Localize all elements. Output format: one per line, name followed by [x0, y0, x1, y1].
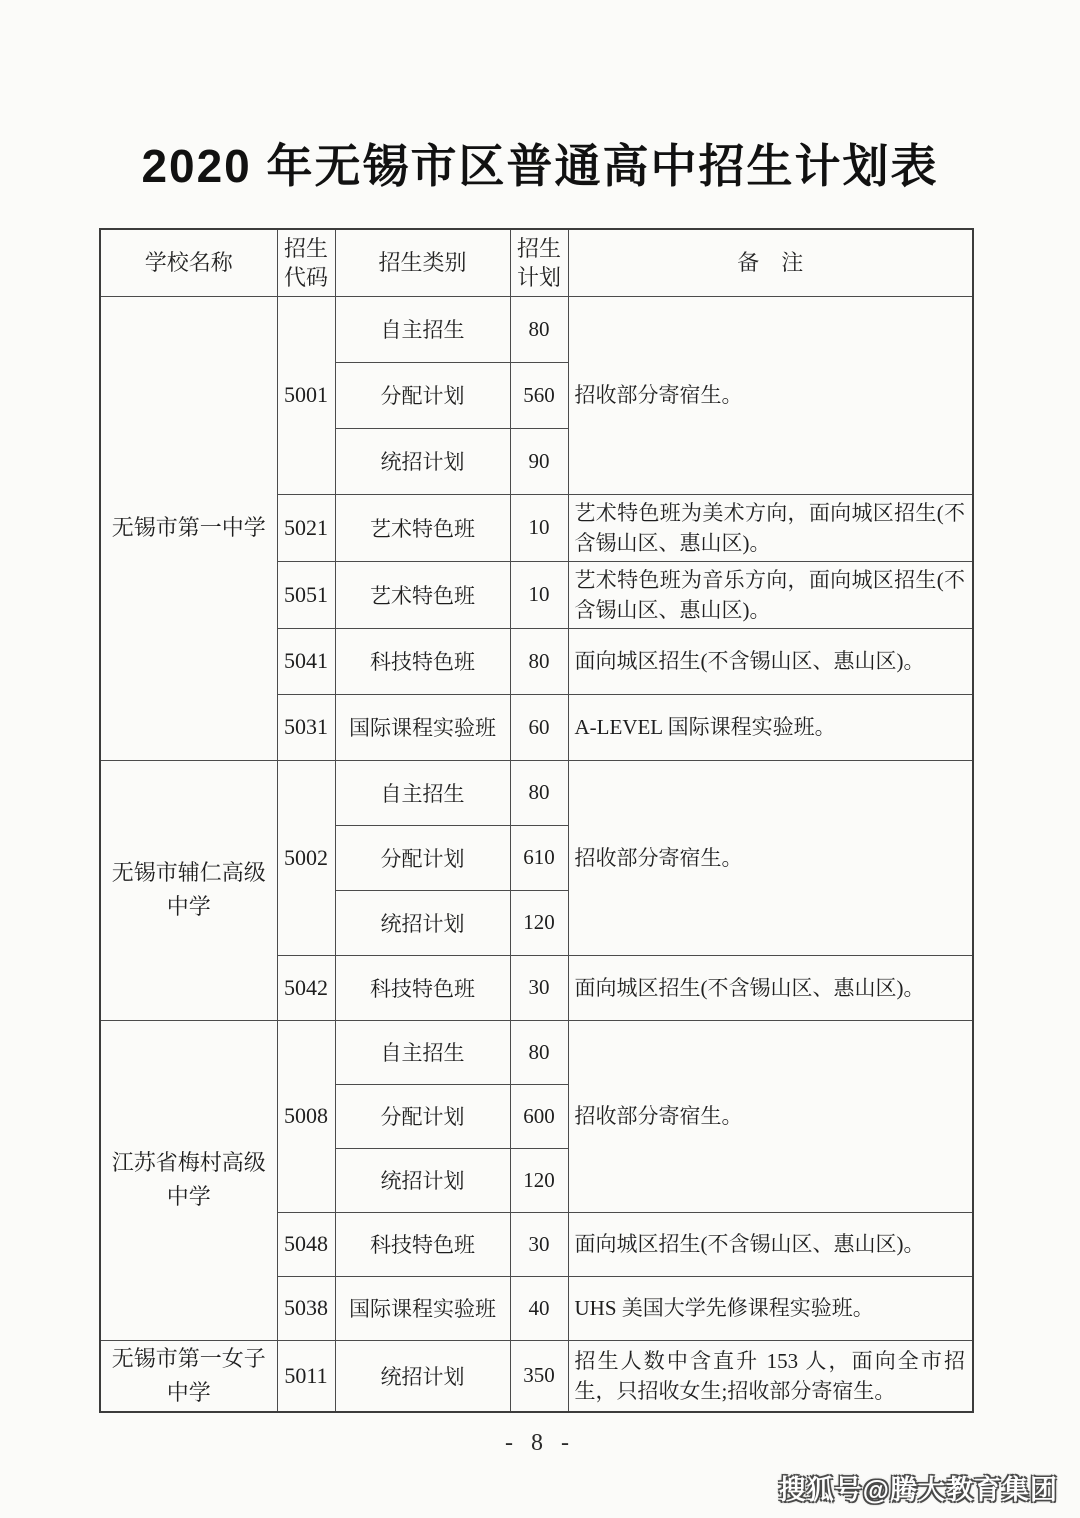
- header-enrollment-category: 招生类别: [335, 229, 510, 296]
- category-cell: 统招计划: [335, 1340, 510, 1412]
- code-cell: 5042: [277, 955, 335, 1020]
- header-enrollment-plan: 招生 计划: [510, 229, 568, 296]
- category-cell: 国际课程实验班: [335, 1276, 510, 1340]
- school-name-cell: 无锡市第一女子中学: [100, 1340, 277, 1412]
- remark-cell: 面向城区招生(不含锡山区、惠山区)。: [568, 1212, 973, 1276]
- school-name-cell: 江苏省梅村高级中学: [100, 1020, 277, 1340]
- category-cell: 分配计划: [335, 362, 510, 428]
- code-cell: 5011: [277, 1340, 335, 1412]
- category-cell: 统招计划: [335, 1148, 510, 1212]
- remark-cell: 招生人数中含直升 153 人，面向全市招生，只招收女生;招收部分寄宿生。: [568, 1340, 973, 1412]
- category-cell: 艺术特色班: [335, 561, 510, 628]
- plan-cell: 40: [510, 1276, 568, 1340]
- category-cell: 国际课程实验班: [335, 694, 510, 760]
- category-cell: 科技特色班: [335, 628, 510, 694]
- remark-cell: 招收部分寄宿生。: [568, 1020, 973, 1212]
- table-header-row: 学校名称 招生 代码 招生类别 招生 计划 备 注: [100, 229, 973, 296]
- school-name-cell: 无锡市第一中学: [100, 296, 277, 760]
- code-cell: 5021: [277, 494, 335, 561]
- plan-cell: 30: [510, 1212, 568, 1276]
- category-cell: 分配计划: [335, 1084, 510, 1148]
- remark-cell: 面向城区招生(不含锡山区、惠山区)。: [568, 955, 973, 1020]
- remark-cell: 艺术特色班为美术方向，面向城区招生(不含锡山区、惠山区)。: [568, 494, 973, 561]
- code-cell: 5002: [277, 760, 335, 955]
- category-cell: 自主招生: [335, 1020, 510, 1084]
- remark-cell: 面向城区招生(不含锡山区、惠山区)。: [568, 628, 973, 694]
- code-cell: 5048: [277, 1212, 335, 1276]
- plan-cell: 120: [510, 1148, 568, 1212]
- school-name-cell: 无锡市辅仁高级中学: [100, 760, 277, 1020]
- watermark: 搜狐号@腾大教育集团: [779, 1468, 1058, 1507]
- category-cell: 自主招生: [335, 760, 510, 825]
- plan-cell: 80: [510, 628, 568, 694]
- plan-cell: 120: [510, 890, 568, 955]
- plan-cell: 10: [510, 494, 568, 561]
- code-cell: 5051: [277, 561, 335, 628]
- remark-cell: 招收部分寄宿生。: [568, 296, 973, 494]
- plan-cell: 30: [510, 955, 568, 1020]
- plan-cell: 610: [510, 825, 568, 890]
- plan-cell: 600: [510, 1084, 568, 1148]
- header-remark: 备 注: [568, 229, 973, 296]
- category-cell: 科技特色班: [335, 955, 510, 1020]
- remark-cell: 招收部分寄宿生。: [568, 760, 973, 955]
- remark-cell: A-LEVEL 国际课程实验班。: [568, 694, 973, 760]
- code-cell: 5031: [277, 694, 335, 760]
- page-title: 2020 年无锡市区普通高中招生计划表: [0, 130, 1080, 196]
- enrollment-plan-table: 学校名称 招生 代码 招生类别 招生 计划 备 注 无锡市第一中学 5001 自…: [99, 228, 974, 1413]
- code-cell: 5001: [277, 296, 335, 494]
- document-page: 2020 年无锡市区普通高中招生计划表 学校名称 招生 代码 招生类别 招生 计…: [0, 0, 1080, 1518]
- category-cell: 自主招生: [335, 296, 510, 362]
- code-cell: 5041: [277, 628, 335, 694]
- remark-cell: 艺术特色班为音乐方向，面向城区招生(不含锡山区、惠山区)。: [568, 561, 973, 628]
- category-cell: 统招计划: [335, 428, 510, 494]
- code-cell: 5038: [277, 1276, 335, 1340]
- plan-cell: 80: [510, 296, 568, 362]
- header-enrollment-code: 招生 代码: [277, 229, 335, 296]
- table-row: 无锡市第一中学 5001 自主招生 80 招收部分寄宿生。: [100, 296, 973, 362]
- category-cell: 统招计划: [335, 890, 510, 955]
- category-cell: 艺术特色班: [335, 494, 510, 561]
- header-school-name: 学校名称: [100, 229, 277, 296]
- plan-cell: 90: [510, 428, 568, 494]
- code-cell: 5008: [277, 1020, 335, 1212]
- category-cell: 分配计划: [335, 825, 510, 890]
- remark-cell: UHS 美国大学先修课程实验班。: [568, 1276, 973, 1340]
- table-row: 无锡市第一女子中学 5011 统招计划 350 招生人数中含直升 153 人，面…: [100, 1340, 973, 1412]
- table-row: 江苏省梅村高级中学 5008 自主招生 80 招收部分寄宿生。: [100, 1020, 973, 1084]
- plan-cell: 10: [510, 561, 568, 628]
- plan-cell: 80: [510, 1020, 568, 1084]
- plan-cell: 60: [510, 694, 568, 760]
- plan-cell: 560: [510, 362, 568, 428]
- plan-cell: 350: [510, 1340, 568, 1412]
- plan-cell: 80: [510, 760, 568, 825]
- table-row: 无锡市辅仁高级中学 5002 自主招生 80 招收部分寄宿生。: [100, 760, 973, 825]
- category-cell: 科技特色班: [335, 1212, 510, 1276]
- page-number: - 8 -: [0, 1430, 1080, 1457]
